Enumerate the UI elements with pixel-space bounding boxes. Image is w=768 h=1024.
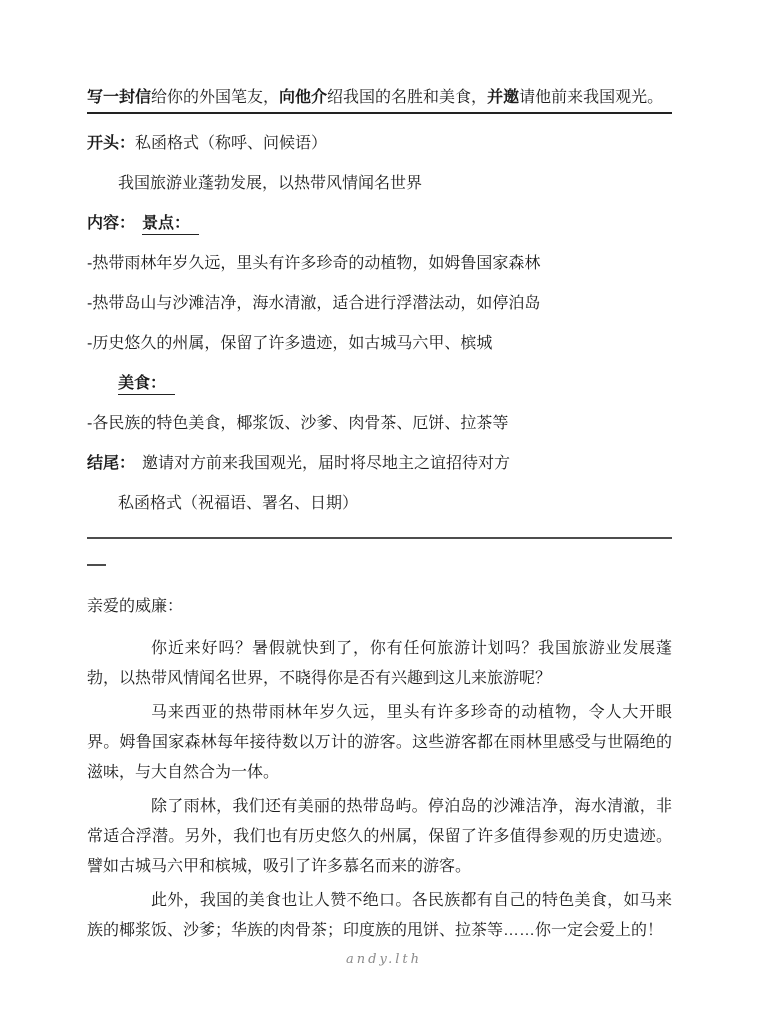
outline-closing-line2: 私函格式（祝福语、署名、日期） <box>87 494 672 514</box>
letter-paragraph: 此外，我国的美食也让人赞不绝口。各民族都有自己的特色美食，如马来族的椰浆饭、沙爹… <box>87 886 672 946</box>
assignment-title: 写一封信给你的外国笔友，向他介绍我国的名胜和美食，并邀请他前来我国观光。 <box>87 88 672 114</box>
divider-line-short <box>87 564 106 566</box>
outline-food-heading-line: 美食： <box>87 374 672 394</box>
outline-spot-bullet: -历史悠久的州属，保留了许多遗迹，如古城马六甲、槟城 <box>87 334 672 354</box>
letter-salutation: 亲爱的威廉： <box>87 592 672 622</box>
outline-closing-text: 邀请对方前来我国观光，届时将尽地主之谊招待对方 <box>142 455 510 472</box>
outline-spot-bullet: -热带雨林年岁久远，里头有许多珍奇的动植物，如姆鲁国家森林 <box>87 254 672 274</box>
letter-paragraph: 马来西亚的热带雨林年岁久远，里头有许多珍奇的动植物，令人大开眼界。姆鲁国家森林每… <box>87 698 672 788</box>
author-watermark: andy.lth <box>0 952 768 967</box>
outline-food-heading: 美食： <box>118 375 175 395</box>
outline-food-bullet: -各民族的特色美食，椰浆饭、沙爹、肉骨茶、厄饼、拉茶等 <box>87 414 672 434</box>
letter-paragraph: 除了雨林，我们还有美丽的热带岛屿。停泊岛的沙滩洁净，海水清澈，非常适合浮潜。另外… <box>87 792 672 882</box>
divider-line-long <box>87 537 672 539</box>
title-segment: 请他前来我国观光。 <box>519 89 663 106</box>
letter-body: 亲爱的威廉： 你近来好吗？暑假就快到了，你有任何旅游计划吗？我国旅游业发展蓬勃，… <box>87 592 672 946</box>
outline-spot-bullet: -热带岛山与沙滩洁净，海水清澈，适合进行浮潜法动，如停泊岛 <box>87 294 672 314</box>
outline-spots-heading: 景点： <box>142 215 199 235</box>
outline-content-label: 内容： <box>87 215 135 232</box>
document-page: 写一封信给你的外国笔友，向他介绍我国的名胜和美食，并邀请他前来我国观光。 开头：… <box>0 0 768 1024</box>
document-content: 写一封信给你的外国笔友，向他介绍我国的名胜和美食，并邀请他前来我国观光。 开头：… <box>87 0 672 946</box>
title-bold-segment: 向他介 <box>279 89 327 106</box>
outline-opening-label: 开头： <box>87 135 135 152</box>
outline-opening-line: 开头：私函格式（称呼、问候语） <box>87 134 672 154</box>
outline-content-line: 内容：景点： <box>87 214 672 234</box>
outline-opening-line2: 我国旅游业蓬勃发展，以热带风情闻名世界 <box>87 174 672 194</box>
title-segment: 绍我国的名胜和美食， <box>327 89 487 106</box>
title-segment: 给你的外国笔友， <box>151 89 279 106</box>
title-bold-segment: 写一封信 <box>87 89 151 106</box>
outline-closing-line: 结尾：邀请对方前来我国观光，届时将尽地主之谊招待对方 <box>87 454 672 474</box>
title-bold-segment: 并邀 <box>487 89 519 106</box>
letter-paragraph: 你近来好吗？暑假就快到了，你有任何旅游计划吗？我国旅游业发展蓬勃，以热带风情闻名… <box>87 634 672 694</box>
outline-opening-text: 私函格式（称呼、问候语） <box>135 135 327 152</box>
outline-closing-label: 结尾： <box>87 455 135 472</box>
